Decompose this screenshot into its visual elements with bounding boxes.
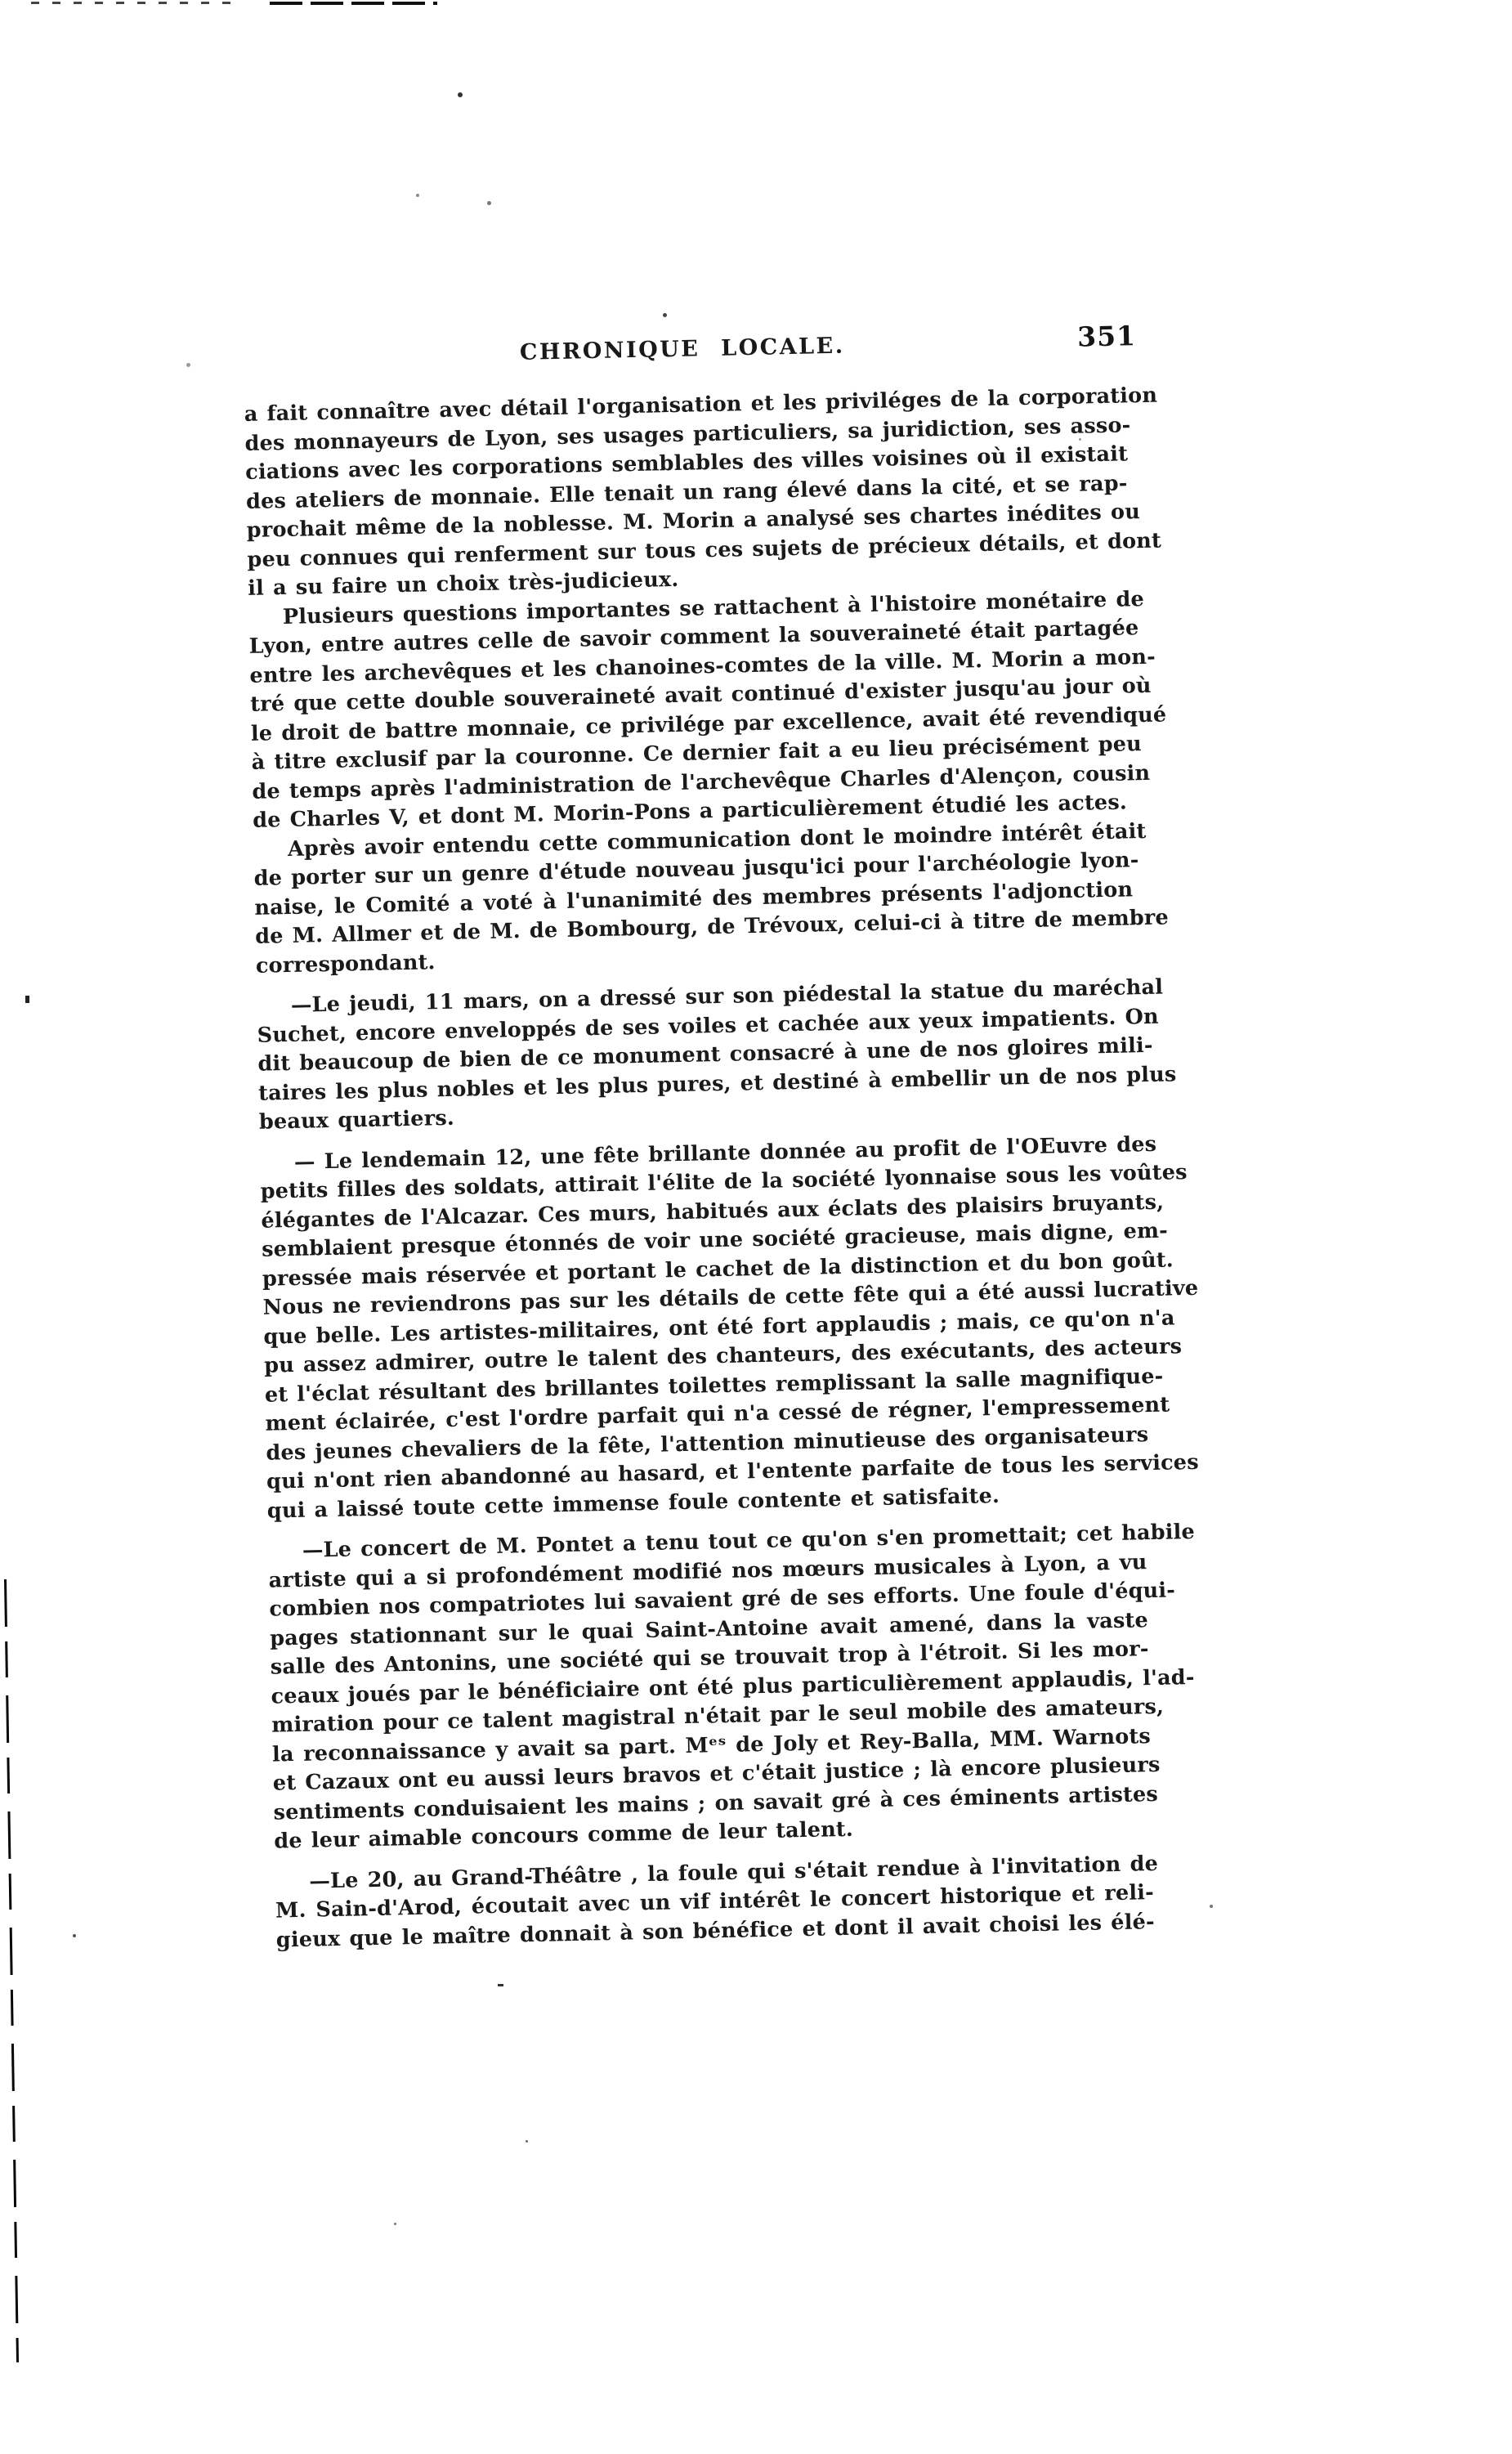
scan-speck xyxy=(1210,1905,1213,1908)
paragraph: —Le concert de M. Pontet a tenu tout ce … xyxy=(268,1519,1153,1856)
paragraph: —Le jeudi, 11 mars, on a dressé sur son … xyxy=(257,974,1138,1137)
scanned-page: CHRONIQUE LOCALE. 351 a fait connaître a… xyxy=(0,0,1512,2454)
page-number: 351 xyxy=(1077,320,1137,352)
scan-speck xyxy=(663,313,667,317)
page-header: CHRONIQUE LOCALE. 351 xyxy=(243,326,1121,373)
scan-edge-dashes xyxy=(31,2,235,4)
scan-speck xyxy=(487,201,491,205)
scan-speck xyxy=(186,363,190,367)
scan-edge-line xyxy=(270,2,437,5)
paragraphs: a fait connaître avec détail l'organisat… xyxy=(244,382,1155,1955)
paragraph: — Le lendemain 12, une fête brillante do… xyxy=(260,1131,1146,1526)
scan-speck xyxy=(526,2140,528,2143)
scan-gutter-line xyxy=(4,1579,19,2362)
page-title: CHRONIQUE LOCALE. xyxy=(243,326,1121,373)
paragraph: —Le 20, au Grand-Théâtre , la foule qui … xyxy=(275,1850,1155,1955)
scan-speck xyxy=(25,996,29,1003)
text-column: CHRONIQUE LOCALE. 351 a fait connaître a… xyxy=(243,326,1155,1955)
scan-speck xyxy=(394,2223,396,2225)
paragraph: Après avoir entendu cette communication … xyxy=(253,817,1134,981)
scan-speck xyxy=(73,1934,76,1937)
paragraph: a fait connaître avec détail l'organisat… xyxy=(244,382,1126,603)
scan-speck xyxy=(498,1984,503,1986)
scan-speck xyxy=(416,194,419,197)
scan-speck xyxy=(458,92,463,97)
paragraph: Plusieurs questions importantes se ratta… xyxy=(248,585,1132,835)
